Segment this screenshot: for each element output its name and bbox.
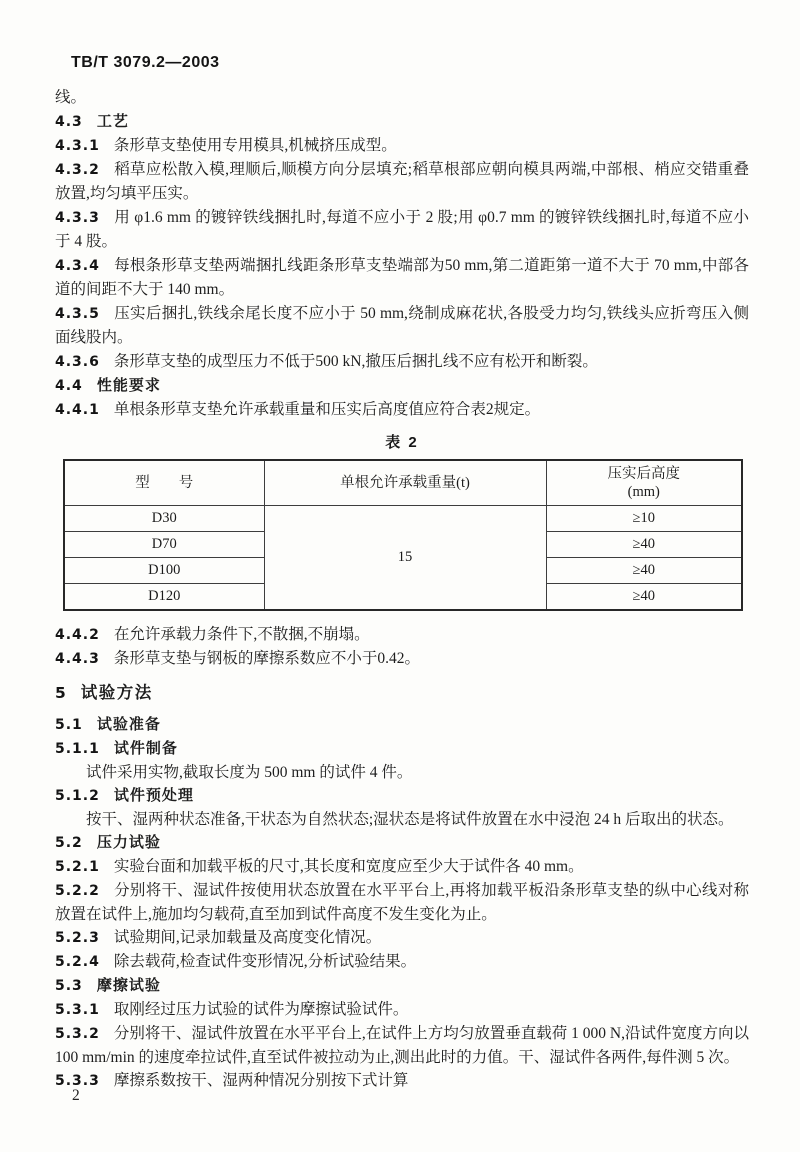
clause-4-3-heading: 4.3工艺 [55, 110, 749, 134]
text-continuation: 线。 [55, 86, 749, 110]
clause-5-1-1-heading: 5.1.1试件制备 [55, 737, 749, 761]
clause-5-2-3: 5.2.3试验期间,记录加载量及高度变化情况。 [55, 926, 749, 950]
clause-5-heading: 5试验方法 [55, 682, 749, 705]
height-cell: ≥10 [546, 506, 742, 532]
page-number: 2 [72, 1087, 80, 1105]
model-cell: D70 [64, 532, 264, 558]
standard-number: TB/T 3079.2—2003 [71, 54, 220, 72]
height-cell: ≥40 [546, 584, 742, 611]
col-header-model: 型 号 [64, 460, 264, 506]
col-header-load: 单根允许承载重量(t) [264, 460, 546, 506]
clause-5-3-3: 5.3.3摩擦系数按干、湿两种情况分别按下式计算 [55, 1069, 749, 1093]
clause-4-4-2: 4.4.2在允许承载力条件下,不散捆,不崩塌。 [55, 623, 749, 647]
clause-4-4-3: 4.4.3条形草支垫与钢板的摩擦系数应不小于0.42。 [55, 647, 749, 671]
table-2: 型 号 单根允许承载重量(t) 压实后高度 (mm) D30 15 ≥10 D7… [63, 459, 743, 611]
clause-4-3-1: 4.3.1条形草支垫使用专用模具,机械挤压成型。 [55, 134, 749, 158]
clause-4-3-6: 4.3.6条形草支垫的成型压力不低于500 kN,撤压后捆扎线不应有松开和断裂。 [55, 350, 749, 374]
section-after-table: 4.4.2在允许承载力条件下,不散捆,不崩塌。 4.4.3条形草支垫与钢板的摩擦… [55, 623, 749, 1093]
document-page: TB/T 3079.2—2003 线。 4.3工艺 4.3.1条形草支垫使用专用… [0, 0, 800, 1152]
clause-5-2-4: 5.2.4除去载荷,检查试件变形情况,分析试验结果。 [55, 950, 749, 974]
model-cell: D30 [64, 506, 264, 532]
clause-5-2-heading: 5.2压力试验 [55, 831, 749, 855]
table-header-row: 型 号 单根允许承载重量(t) 压实后高度 (mm) [64, 460, 742, 506]
col-header-height-line1: 压实后高度 [547, 465, 742, 483]
model-cell: D120 [64, 584, 264, 611]
clause-4-3-3: 4.3.3用 φ1.6 mm 的镀锌铁线捆扎时,每道不应小于 2 股;用 φ0.… [55, 206, 749, 254]
clause-5-2-1: 5.2.1实验台面和加载平板的尺寸,其长度和宽度应至少大于试件各 40 mm。 [55, 855, 749, 879]
clause-5-1-1-body: 试件采用实物,截取长度为 500 mm 的试件 4 件。 [55, 761, 749, 784]
load-merged-cell: 15 [264, 506, 546, 611]
clause-5-1-2-body: 按干、湿两种状态准备,干状态为自然状态;湿状态是将试件放置在水中浸泡 24 h … [55, 808, 749, 831]
page-content: 线。 4.3工艺 4.3.1条形草支垫使用专用模具,机械挤压成型。 4.3.2稻… [55, 86, 749, 1093]
clause-4-3-5: 4.3.5压实后捆扎,铁线余尾长度不应小于 50 mm,绕制成麻花状,各股受力均… [55, 302, 749, 350]
col-header-height: 压实后高度 (mm) [546, 460, 742, 506]
clause-4-3-4: 4.3.4每根条形草支垫两端捆扎线距条形草支垫端部为50 mm,第二道距第一道不… [55, 254, 749, 302]
clause-5-1-2-heading: 5.1.2试件预处理 [55, 784, 749, 808]
clause-5-3-heading: 5.3摩擦试验 [55, 974, 749, 998]
clause-5-1-heading: 5.1试验准备 [55, 713, 749, 737]
table-caption: 表 2 [55, 431, 749, 452]
clause-5-3-2: 5.3.2分别将干、湿试件放置在水平平台上,在试件上方均匀放置垂直载荷 1 00… [55, 1022, 749, 1069]
table-row-d30: D30 15 ≥10 [64, 506, 742, 532]
clause-5-3-1: 5.3.1取刚经过压力试验的试件为摩擦试验试件。 [55, 998, 749, 1022]
height-cell: ≥40 [546, 532, 742, 558]
height-cell: ≥40 [546, 558, 742, 584]
clause-4-4-1: 4.4.1单根条形草支垫允许承载重量和压实后高度值应符合表2规定。 [55, 398, 749, 422]
col-header-height-line2: (mm) [547, 483, 742, 501]
model-cell: D100 [64, 558, 264, 584]
clause-5-2-2: 5.2.2分别将干、湿试件按使用状态放置在水平平台上,再将加载平板沿条形草支垫的… [55, 879, 749, 926]
clause-4-4-heading: 4.4性能要求 [55, 374, 749, 398]
clause-4-3-2: 4.3.2稻草应松散入模,理顺后,顺模方向分层填充;稻草根部应朝向模具两端,中部… [55, 158, 749, 206]
